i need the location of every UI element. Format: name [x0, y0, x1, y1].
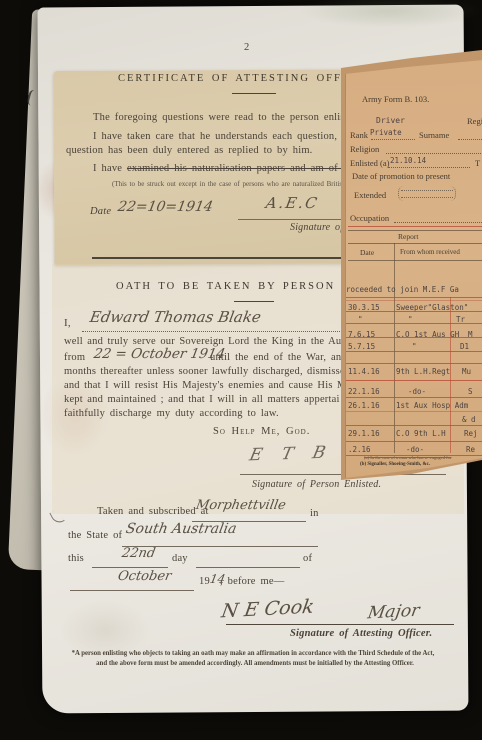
place-handwritten: Morphettville — [195, 498, 287, 513]
enlisted-label: Enlisted (a) — [350, 158, 389, 168]
oath-from-date-handwritten: 22 = October 1914 — [93, 346, 227, 362]
row-right: Re — [466, 445, 475, 454]
officer-signature-line — [226, 624, 454, 625]
red-rule — [346, 311, 482, 312]
of-label: of — [303, 553, 312, 564]
surname-leader — [458, 131, 482, 140]
date-handwritten: 22=10=1914 — [117, 199, 215, 215]
this-label: this — [68, 553, 84, 564]
state-handwritten: South Australia — [125, 521, 238, 537]
oath-line5: kept and maintained ; and that I will in… — [64, 394, 340, 405]
para3-start: I have — [93, 163, 127, 174]
taken-subscribed-text: Taken and subscribed at — [97, 506, 209, 517]
row-text: roceeded to join M.E.F Ga — [346, 285, 459, 294]
rank-typed-driver: Driver — [376, 116, 405, 125]
row-right: & d — [462, 415, 476, 424]
row-date: 11.4.16 — [348, 367, 380, 376]
day-label: day — [172, 553, 188, 564]
title-rule — [232, 93, 276, 94]
person-signature-caption: Signature of Person Enlisted. — [252, 479, 381, 490]
row-text: " — [412, 342, 417, 351]
name-dotted-line — [82, 330, 344, 332]
occupation-label: Occupation — [350, 213, 389, 223]
person-signature-scribble: E T B — [248, 443, 335, 466]
row-right: D1 — [460, 342, 469, 351]
month-line — [70, 590, 194, 591]
oath-from-label: from — [64, 352, 85, 363]
table-top-line — [348, 230, 482, 231]
enlistee-name-handwritten: Edward Thomas Blake — [88, 308, 262, 326]
officer-rank-handwritten: Major — [366, 601, 421, 624]
oath-i-label: I, — [64, 317, 71, 329]
form-footnote-a: (a) In the case of a man who has re-enga… — [364, 455, 452, 460]
month-handwritten: October — [117, 569, 173, 584]
row-date: 22.1.16 — [348, 387, 380, 396]
enlisted-terms-fragment: T — [475, 158, 480, 168]
enlisted-leader — [388, 159, 470, 168]
row-date: 5.7.15 — [348, 342, 375, 351]
table-row: 30.3.15Sweeper"Glaston" — [346, 303, 482, 315]
row-date: 29.1.16 — [348, 429, 380, 438]
certificate-para2b: question has been duly entered as replie… — [66, 145, 313, 156]
day-line — [92, 567, 168, 568]
date-label: Date — [90, 206, 111, 217]
table-row: 5.7.15"D1 — [346, 342, 482, 354]
promotion-label: Date of promotion to present — [352, 171, 450, 181]
red-rule — [346, 337, 482, 338]
oath-title-rule — [234, 301, 274, 302]
footnote-line1: *A person enlisting who objects to takin… — [68, 650, 438, 657]
table-row: 7.6.15C.O 1st Aus GHM — [346, 330, 482, 342]
officer-signature-caption: Signature of Attesting Officer. — [290, 628, 432, 639]
red-rule — [346, 300, 482, 301]
red-rule — [346, 323, 482, 324]
certificate-para2: I have taken care that he understands ea… — [93, 131, 376, 142]
table-row: ""Tr — [346, 315, 482, 327]
row-text: -do- — [406, 445, 424, 454]
form-title: Army Form B. 103. — [362, 94, 429, 104]
state-label: the State of — [68, 530, 122, 541]
red-rule — [346, 380, 482, 381]
surname-label: Surname — [419, 130, 449, 140]
before-me-text: , before me— — [220, 576, 284, 587]
row-date: .2.16 — [348, 445, 371, 454]
row-right: Rej — [464, 429, 478, 438]
red-rule — [346, 411, 482, 412]
row-right: S — [468, 387, 473, 396]
oath-line3: months thereafter unless sooner lawfully… — [64, 366, 366, 377]
oath-line6: faithfully discharge my duty according t… — [64, 408, 279, 419]
red-rule — [346, 363, 482, 364]
certificate-note: (This to be struck out except in the cas… — [112, 180, 342, 188]
row-text: 9th L.H.Regt — [396, 367, 450, 376]
red-rule — [348, 226, 482, 227]
scanned-document: 2 CERTIFICATE OF ATTESTING OFFICER The f… — [0, 0, 482, 740]
report-header: Report — [398, 232, 418, 241]
page-number: 2 — [244, 42, 249, 53]
signature-caption: Signature of — [290, 222, 343, 233]
rank-leader — [371, 131, 415, 140]
row-text: -do- — [408, 387, 426, 396]
mid-line — [196, 567, 300, 568]
table-row: 29.1.16C.O 9th L.HRej — [346, 429, 482, 441]
so-help-me-god: So Help Me, God. — [213, 426, 310, 437]
table-row: roceeded to join M.E.F Ga — [346, 285, 482, 297]
col-from-header: From whom received — [400, 248, 460, 256]
red-rule — [346, 297, 482, 298]
certificate-title: CERTIFICATE OF ATTESTING OFFICER — [118, 73, 374, 84]
red-rule — [346, 351, 482, 352]
row-right: Mu — [462, 367, 471, 376]
red-rule — [346, 441, 482, 442]
attesting-signature-flourish: A.E.C — [264, 194, 320, 212]
row-text: 1st Aux Hosp Adm — [396, 401, 468, 410]
row-date: 26.1.16 — [348, 401, 380, 410]
report-underline — [348, 243, 482, 244]
table-row: 11.4.169th L.H.RegtMu — [346, 367, 482, 379]
religion-leader — [386, 145, 481, 154]
header-bottom-line — [348, 260, 482, 261]
in-label: in — [310, 508, 319, 519]
oath-line4: and that I will resist His Majesty's ene… — [64, 380, 347, 391]
army-form-b103: Army Form B. 103. Driver Regi Rank Priva… — [345, 60, 482, 480]
signature-line — [238, 219, 346, 220]
occupation-leader — [394, 214, 482, 223]
form-footnote-b: (b) Signaller, Shoeing-Smith, &c. — [360, 462, 430, 467]
col-date-header: Date — [360, 248, 374, 257]
extended-label: Extended — [354, 190, 386, 200]
extended-dotted-box — [398, 186, 456, 201]
red-rule — [346, 397, 482, 398]
rank-label: Rank — [350, 130, 368, 140]
religion-label: Religion — [350, 144, 379, 154]
row-text: C.O 9th L.H — [396, 429, 446, 438]
regimental-label: Regi — [467, 116, 482, 126]
day-handwritten: 22nd — [121, 546, 157, 561]
red-rule — [346, 425, 482, 426]
footnote-line2: and the above form must be amended accor… — [90, 660, 420, 667]
